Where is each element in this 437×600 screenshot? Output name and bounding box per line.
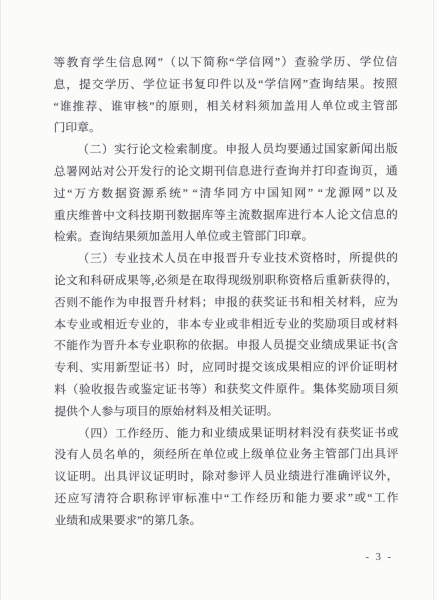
text-line: 料（验收报告或鉴定证书等）和获奖文件原件。集体奖励项目须 [54,379,398,402]
text-line: 过“万方数据资源系统” “清华同方中国知网” “龙源网”以及 [54,182,398,205]
text-line: 专利、实用新型证书）时，应同时提交该成果相应的评价证明材 [54,357,398,380]
text-line: （四）工作经历、能力和业绩成果证明材料没有获奖证书或 [54,422,398,445]
page-number: - 3 - [366,552,394,563]
text-line: 等教育学生信息网”（以下简称“学信网”）查验学历、学位信 [53,52,397,75]
document-body: 等教育学生信息网”（以下简称“学信网”）查验学历、学位信息，提交学历、学位证书复… [53,52,398,532]
text-line: 否则不能作为申报晋升材料；申报的获奖证书和相关材料，应为 [54,291,398,314]
scan-edge-left [0,0,1,600]
text-line: 息，提交学历、学位证书复印件以及“学信网”查询结果。按照 [53,73,397,96]
text-line: （三）专业技术人员在申报晋升专业技术资格时，所提供的 [54,248,398,271]
text-line: 本专业或相近专业的，非本专业或非相近专业的奖励项目或材料 [54,313,398,336]
text-line: 不能作为晋升本专业职称的依据。申报人员提交业绩成果证书(含 [54,335,398,358]
text-line: 提供个人参与项目的原始材料及相关证明。 [54,400,398,423]
text-line: 没有人员名单的，须经所在单位或上级单位业务主管部门出具评 [54,444,398,467]
text-line: 论文和科研成果等,必须是在取得现级别职称资格后重新获得的， [54,270,398,293]
text-line: 议证明。出具评议证明时，除对参评人员业绩进行准确评议外， [54,466,398,489]
text-line: “谁推荐、谁审核”的原则，相关材料须加盖用人单位或主管部 [53,95,397,118]
text-line: （二）实行论文检索制度。申报人员均要通过国家新闻出版 [54,139,398,162]
text-line: 还应写清符合职称评审标准中“工作经历和能力要求”或“工作 [55,487,399,510]
text-line: 业绩和成果要求”的第几条。 [55,509,399,532]
text-line: 重庆维普中文科技期刊数据库等主流数据库进行本人论文信息的 [54,204,398,227]
text-line: 门印章。 [54,117,398,140]
scan-edge-right [433,0,434,600]
text-line: 总署网站对公开发行的论文期刊信息进行查询并打印查询页，通 [54,161,398,184]
scanned-document-page: 等教育学生信息网”（以下简称“学信网”）查验学历、学位信息，提交学历、学位证书复… [0,0,437,600]
text-line: 检索。查询结果须加盖用人单位或主管部门印章。 [54,226,398,249]
